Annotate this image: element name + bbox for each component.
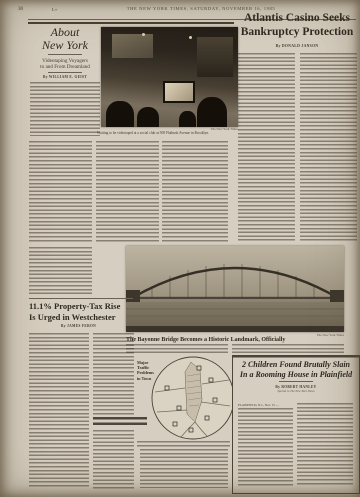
plainfield-dateline: PLAINFIELD, N.J., Nov. 15 —	[238, 403, 293, 407]
atlantis-headline: Atlantis Casino Seeks Bankruptcy Protect…	[236, 11, 358, 39]
bridge-caption-title: The Bayonne Bridge Becomes a Historic La…	[126, 337, 344, 343]
article-text-column	[96, 141, 159, 243]
photo-figure	[179, 111, 195, 127]
bridge-caption-text	[126, 344, 228, 353]
westchester-byline: By JAMES FERON	[29, 324, 128, 328]
plainfield-article-box: 2 Children Found Brutally Slain In a Roo…	[232, 355, 360, 494]
article-subhead	[93, 417, 147, 428]
divider-rule	[48, 54, 82, 55]
plainfield-credit-line: Special to The New York Times	[233, 389, 359, 393]
divider-rule	[279, 381, 313, 382]
divider-rule	[48, 72, 82, 73]
bayonne-bridge-photo	[126, 246, 344, 332]
plainfield-headline-line-2: In a Rooming House in Plainfield	[233, 370, 359, 380]
plainfield-headline-line-1: 2 Children Found Brutally Slain	[233, 360, 359, 370]
westchester-headline: 11.1% Property-Tax Rise Is Urged in West…	[29, 301, 128, 322]
westchester-headline-line-2: Is Urged in Westchester	[29, 312, 128, 323]
about-byline: By WILLIAM E. GEIST	[29, 75, 101, 79]
article-text-column	[29, 247, 92, 295]
edition-mark: L+	[52, 7, 57, 12]
photo-figure	[197, 97, 227, 127]
article-text-column	[140, 449, 228, 488]
photo-window-light	[112, 34, 153, 58]
newspaper-page: 30 L+ The New York Times, Saturday, Nove…	[0, 0, 360, 497]
about-body-text	[30, 82, 100, 136]
photo-figure	[106, 101, 133, 127]
article-text-column	[162, 141, 228, 243]
about-title: New York	[29, 39, 101, 52]
about-new-york-column-head: About New York Videotaping Voyagers to a…	[29, 26, 101, 79]
atlantis-headline-line-1: Atlantis Casino Seeks	[236, 11, 358, 25]
article-text-column	[300, 53, 357, 243]
article-text-column	[29, 141, 92, 243]
atlantis-byline: By DONALD JANSON	[236, 44, 358, 48]
videotaping-photo	[101, 27, 238, 127]
map-caption-text	[137, 441, 230, 447]
photo-figure	[137, 107, 159, 127]
section-rule	[29, 298, 133, 299]
article-text-column	[29, 333, 89, 489]
header-rule-thick	[28, 22, 234, 24]
photo-light-speck	[189, 36, 192, 39]
article-text-column	[93, 333, 134, 415]
article-text-column	[297, 403, 353, 486]
atlantis-headline-line-2: Bankruptcy Protection	[236, 25, 358, 39]
article-text-column	[238, 53, 295, 243]
article-text-column	[238, 408, 293, 486]
traffic-map-graphic	[147, 354, 233, 442]
photo-shelf-shadow	[197, 37, 233, 77]
about-subtitle-line-2: to and From Dreamland	[29, 64, 101, 70]
page-number: 30	[18, 7, 23, 12]
westchester-headline-line-1: 11.1% Property-Tax Rise	[29, 301, 128, 312]
photo-tv-screen	[163, 81, 196, 103]
article-text-column	[93, 430, 134, 489]
bridge-caption-text	[232, 344, 344, 353]
